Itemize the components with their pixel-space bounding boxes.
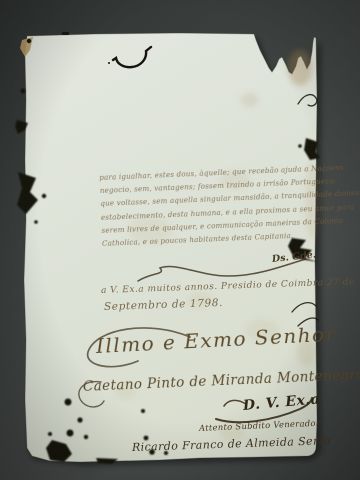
dateline-place: a V. Ex.a muitos annos. Presidio de Coim… (101, 277, 355, 296)
photo-backdrop: para igualhar, estes dous, àquelle; que … (0, 0, 360, 480)
signature: Ricardo Franco de Almeida Serra (132, 434, 332, 454)
valediction-abbreviation: Ds. Gde. (271, 249, 316, 265)
salutation: Illmo e Exmo Senhor (95, 321, 337, 358)
closing-monogram: D. V. Ex.a (242, 391, 321, 414)
closing-line: Attento Subdito Venerador (199, 418, 320, 433)
body-text-block: para igualhar, estes dous, àquelle; que … (99, 159, 360, 250)
handwriting-layer: para igualhar, estes dous, àquelle; que … (0, 0, 360, 480)
dateline-date: Septembro de 1798. (104, 297, 223, 313)
